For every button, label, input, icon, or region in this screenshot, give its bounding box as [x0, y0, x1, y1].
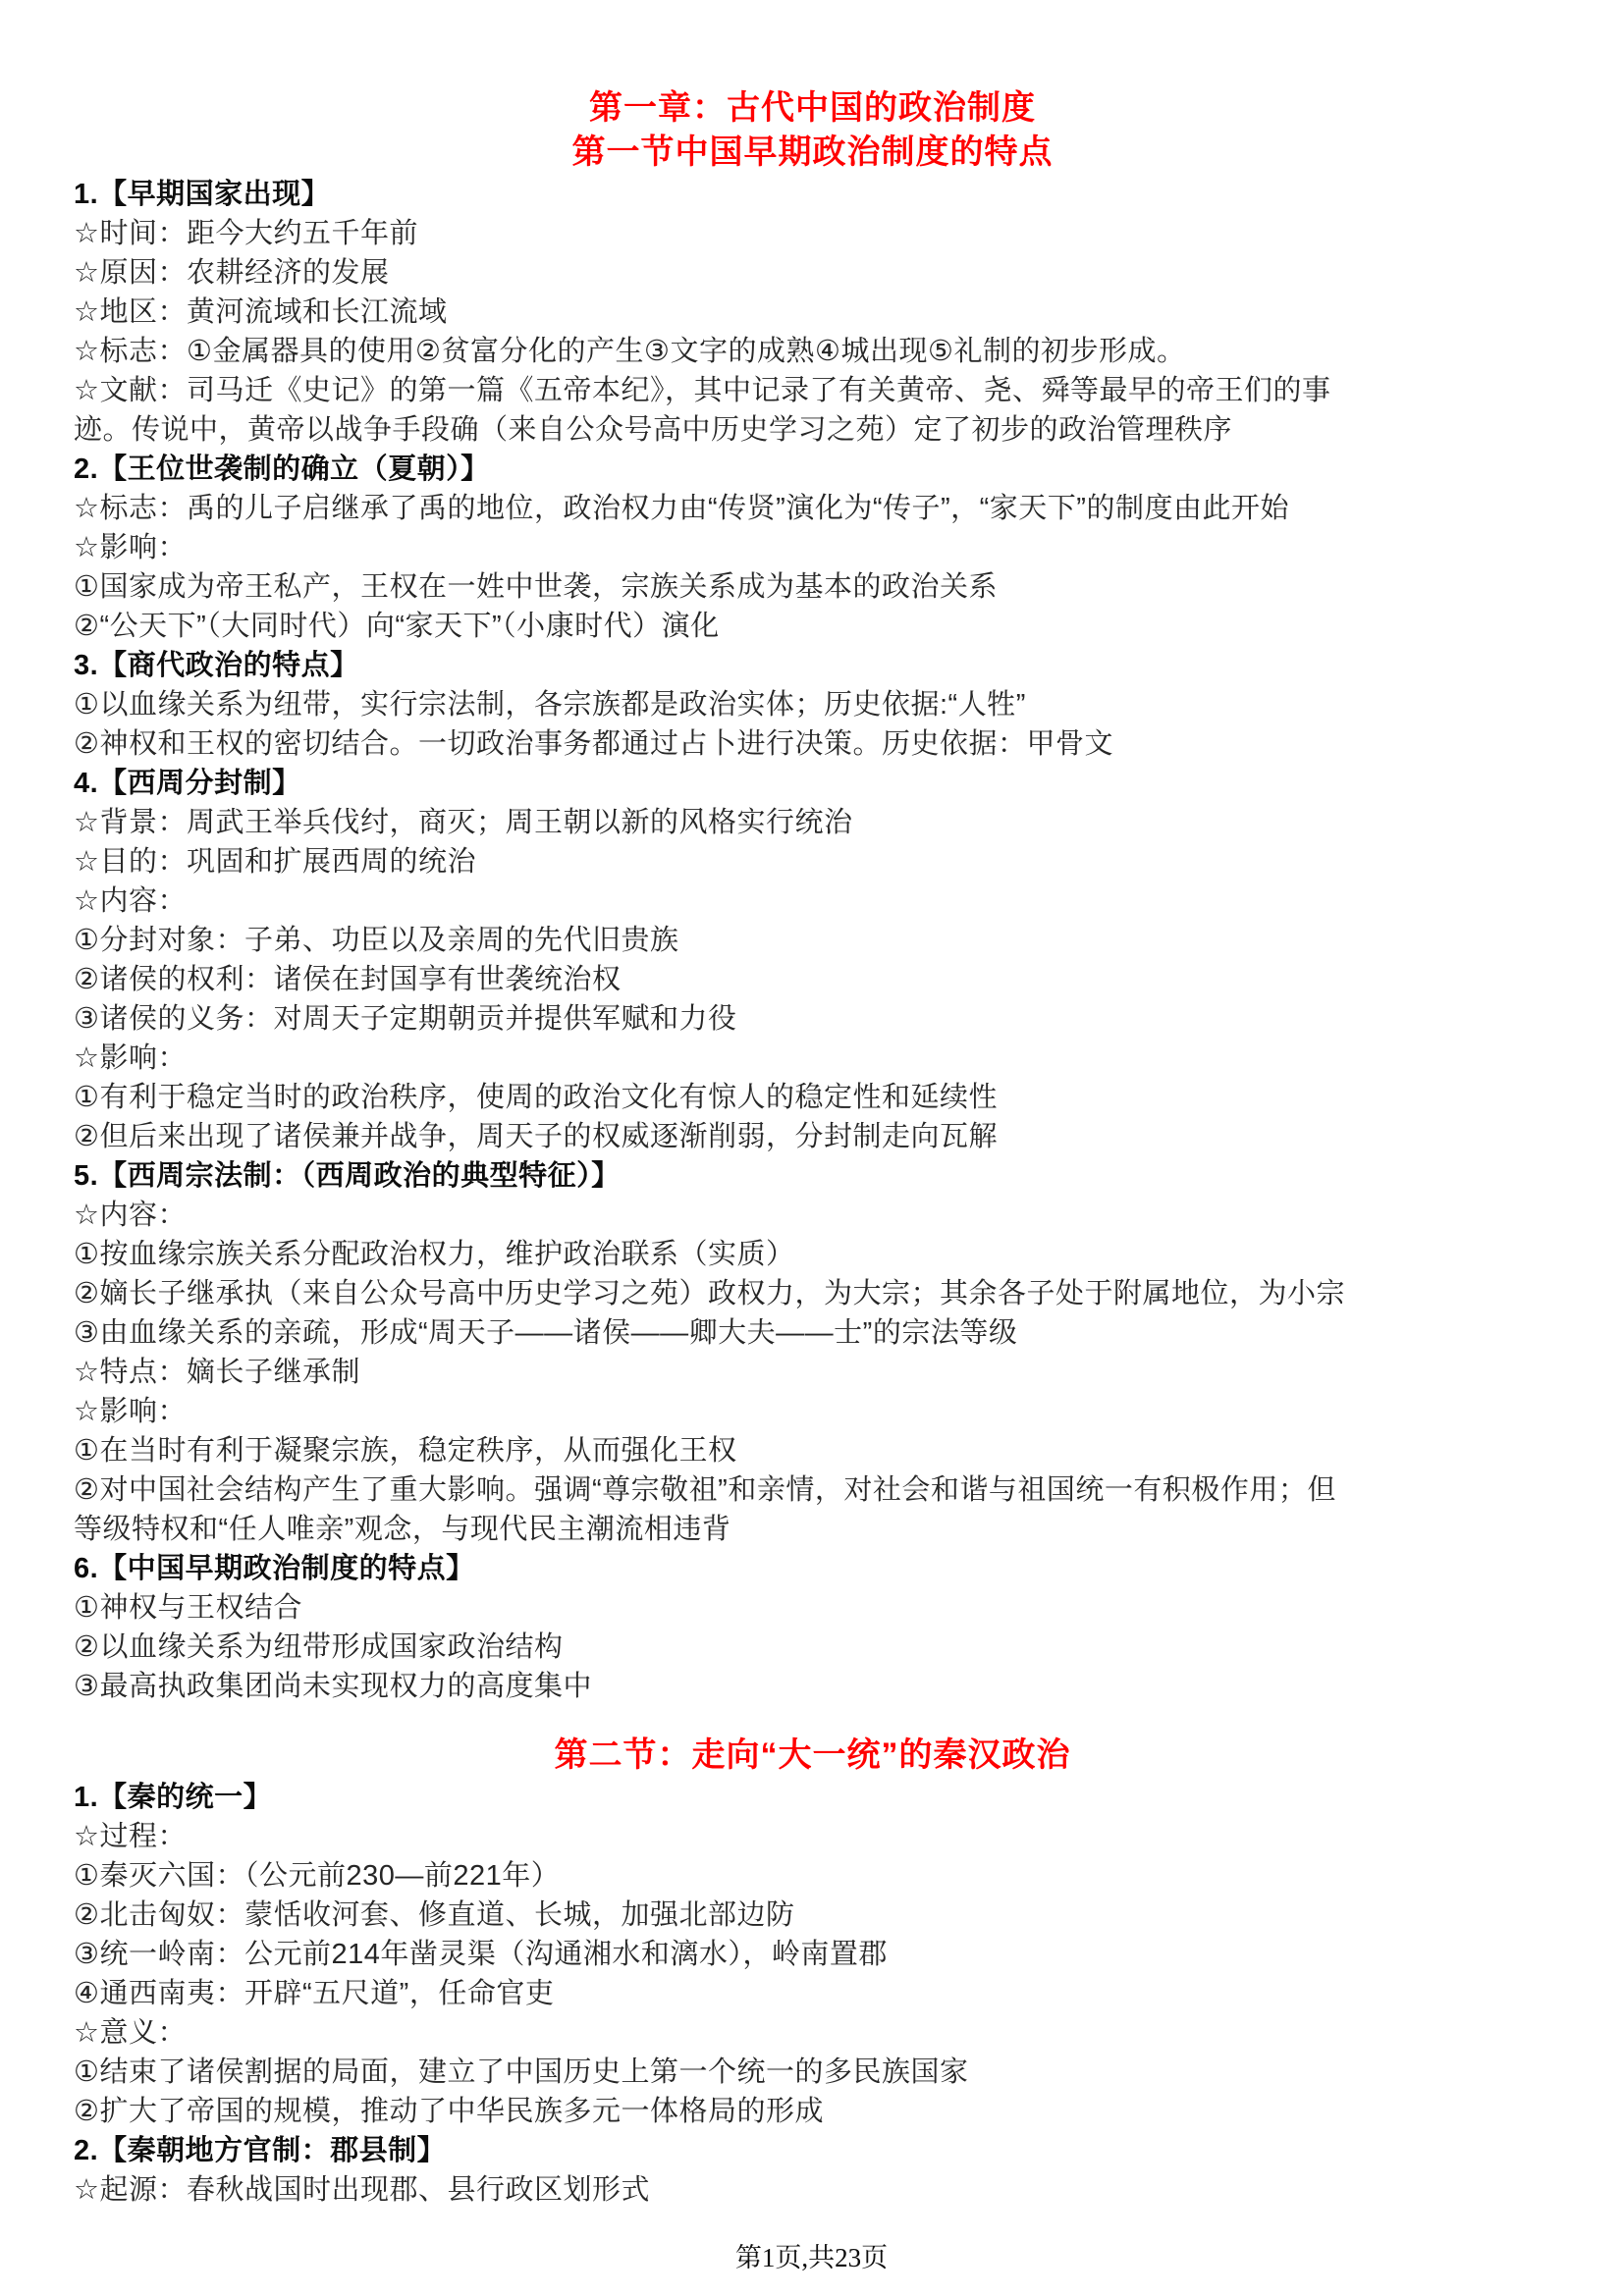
text-line: ③诸侯的义务：对周天子定期朝贡并提供军赋和力役 — [74, 999, 1551, 1039]
text-line: ①国家成为帝王私产，王权在一姓中世袭，宗族关系成为基本的政治关系 — [74, 567, 1551, 607]
text-line: ☆特点：嫡长子继承制 — [74, 1353, 1551, 1392]
text-line: ①在当时有利于凝聚宗族，稳定秩序，从而强化王权 — [74, 1431, 1551, 1470]
text-line: ☆背景：周武王举兵伐纣，商灭；周王朝以新的风格实行统治 — [74, 803, 1551, 842]
text-line: ②对中国社会结构产生了重大影响。强调“尊宗敬祖”和亲情，对社会和谐与祖国统一有积… — [74, 1470, 1551, 1510]
text-line: ②神权和王权的密切结合。一切政治事务都通过占卜进行决策。历史依据：甲骨文 — [74, 724, 1551, 764]
text-line: ③由血缘关系的亲疏，形成“周天子——诸侯——卿大夫——士”的宗法等级 — [74, 1313, 1551, 1353]
document-page: 第一章：古代中国的政治制度第一节中国早期政治制度的特点1.【早期国家出现】☆时间… — [0, 0, 1623, 2296]
text-line: 迹。传说中，黄帝以战争手段确（来自公众号高中历史学习之苑）定了初步的政治管理秩序 — [74, 410, 1551, 450]
text-line: ②嫡长子继承执（来自公众号高中历史学习之苑）政权力，为大宗；其余各子处于附属地位… — [74, 1274, 1551, 1313]
text-line: ☆时间：距今大约五千年前 — [74, 214, 1551, 253]
topic-heading: 1.【早期国家出现】 — [74, 175, 1551, 214]
text-line: ①结束了诸侯割据的局面，建立了中国历史上第一个统一的多民族国家 — [74, 2053, 1551, 2092]
section-title: 第二节：走向“大一统”的秦汉政治 — [74, 1734, 1551, 1778]
topic-heading: 5.【西周宗法制：（西周政治的典型特征）】 — [74, 1156, 1551, 1196]
topic-heading: 4.【西周分封制】 — [74, 764, 1551, 803]
text-line: ①神权与王权结合 — [74, 1588, 1551, 1628]
text-line: ①秦灭六国：（公元前230—前221年） — [74, 1856, 1551, 1896]
topic-heading: 1.【秦的统一】 — [74, 1778, 1551, 1817]
text-line: ☆原因：农耕经济的发展 — [74, 253, 1551, 293]
section-title: 第一节中国早期政治制度的特点 — [74, 131, 1551, 175]
text-line: ③最高执政集团尚未实现权力的高度集中 — [74, 1667, 1551, 1706]
text-line: ①分封对象：子弟、功臣以及亲周的先代旧贵族 — [74, 921, 1551, 960]
text-line: ④通西南夷：开辟“五尺道”，任命官吏 — [74, 1974, 1551, 2013]
document-content: 第一章：古代中国的政治制度第一节中国早期政治制度的特点1.【早期国家出现】☆时间… — [0, 0, 1623, 2210]
text-line: ①以血缘关系为纽带，实行宗法制，各宗族都是政治实体；历史依据:“人牲” — [74, 685, 1551, 724]
text-line: ☆起源：春秋战国时出现郡、县行政区划形式 — [74, 2170, 1551, 2210]
text-line: ☆内容： — [74, 881, 1551, 921]
text-line: 等级特权和“任人唯亲”观念，与现代民主潮流相违背 — [74, 1510, 1551, 1549]
topic-heading: 2.【王位世袭制的确立（夏朝）】 — [74, 450, 1551, 489]
text-line: ②但后来出现了诸侯兼并战争，周天子的权威逐渐削弱，分封制走向瓦解 — [74, 1117, 1551, 1156]
text-line: ②北击匈奴：蒙恬收河套、修直道、长城，加强北部边防 — [74, 1896, 1551, 1935]
text-line: ③统一岭南：公元前214年凿灵渠（沟通湘水和漓水），岭南置郡 — [74, 1935, 1551, 1974]
text-line: ☆文献：司马迁《史记》的第一篇《五帝本纪》，其中记录了有关黄帝、尧、舜等最早的帝… — [74, 371, 1551, 410]
topic-heading: 3.【商代政治的特点】 — [74, 646, 1551, 685]
text-line: ☆过程： — [74, 1817, 1551, 1856]
text-line: ☆标志：禹的儿子启继承了禹的地位，政治权力由“传贤”演化为“传子”，“家天下”的… — [74, 489, 1551, 528]
topic-heading: 6.【中国早期政治制度的特点】 — [74, 1549, 1551, 1588]
topic-heading: 2.【秦朝地方官制：郡县制】 — [74, 2131, 1551, 2170]
text-line: ☆影响： — [74, 1039, 1551, 1078]
text-line: ②诸侯的权利：诸侯在封国享有世袭统治权 — [74, 960, 1551, 999]
text-line: ②“公天下”（大同时代）向“家天下”（小康时代）演化 — [74, 607, 1551, 646]
text-line: ☆标志：①金属器具的使用②贫富分化的产生③文字的成熟④城出现⑤礼制的初步形成。 — [74, 332, 1551, 371]
text-line: ☆影响： — [74, 528, 1551, 567]
text-line: ☆目的：巩固和扩展西周的统治 — [74, 842, 1551, 881]
text-line: ①有利于稳定当时的政治秩序，使周的政治文化有惊人的稳定性和延续性 — [74, 1078, 1551, 1117]
text-line: ①按血缘宗族关系分配政治权力，维护政治联系（实质） — [74, 1235, 1551, 1274]
section-title: 第一章：古代中国的政治制度 — [74, 86, 1551, 131]
text-line: ②以血缘关系为纽带形成国家政治结构 — [74, 1628, 1551, 1667]
text-line: ☆内容： — [74, 1196, 1551, 1235]
text-line: ②扩大了帝国的规模，推动了中华民族多元一体格局的形成 — [74, 2092, 1551, 2131]
text-line: ☆地区：黄河流域和长江流域 — [74, 293, 1551, 332]
text-line: ☆意义： — [74, 2013, 1551, 2053]
page-number: 第1页,共23页 — [0, 2236, 1623, 2274]
text-line: ☆影响： — [74, 1392, 1551, 1431]
